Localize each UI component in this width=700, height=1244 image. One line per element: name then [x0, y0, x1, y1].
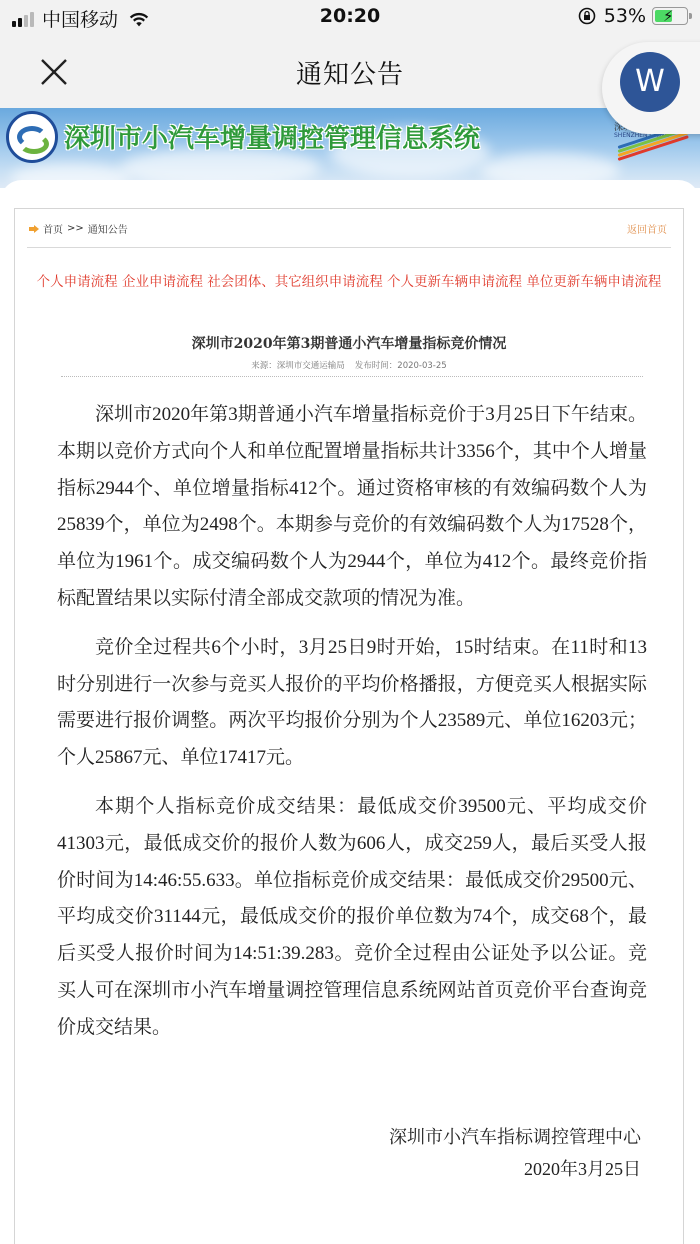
breadcrumb-current[interactable]: 通知公告	[88, 221, 128, 236]
divider	[61, 376, 643, 377]
article-title: 深圳市2020年第3期普通小汽车增量指标竞价情况	[15, 333, 683, 353]
divider	[27, 247, 671, 248]
process-links: 个人申请流程 企业申请流程 社会团体、其它组织申请流程 个人更新车辆申请流程 单…	[19, 271, 679, 293]
battery-percent: 53%	[604, 5, 646, 27]
signature-date: 2020年3月25日	[389, 1153, 641, 1185]
signature: 深圳市小汽车指标调控管理中心 2020年3月25日	[389, 1121, 641, 1185]
back-home-link[interactable]: 返回首页	[627, 221, 667, 236]
link-organization-process[interactable]: 社会团体、其它组织申请流程	[207, 274, 383, 290]
breadcrumb-home[interactable]: 首页	[43, 221, 63, 236]
status-bar: 中国移动 20:20 53% ⚡	[0, 0, 700, 36]
nav-bar: 通知公告 W	[0, 36, 700, 108]
article-publish-date: 发布时间：2020-03-25	[355, 361, 447, 371]
arrow-right-icon	[29, 225, 39, 233]
charging-bolt-icon: ⚡	[663, 7, 674, 25]
status-right: 53% ⚡	[578, 5, 688, 27]
article-paragraph: 竞价全过程共6个小时，3月25日9时开始，15时结束。在11时和13时分别进行一…	[57, 630, 647, 777]
page-title: 通知公告	[0, 54, 700, 91]
link-enterprise-process[interactable]: 企业申请流程	[122, 274, 203, 290]
page-wrap: 首页 >> 通知公告 返回首页 个人申请流程 企业申请流程 社会团体、其它组织申…	[0, 180, 700, 1244]
article-source: 来源：深圳市交通运输局	[251, 361, 345, 371]
signature-org: 深圳市小汽车指标调控管理中心	[389, 1121, 641, 1153]
content-box: 首页 >> 通知公告 返回首页 个人申请流程 企业申请流程 社会团体、其它组织申…	[14, 208, 684, 1244]
breadcrumb-separator: >>	[67, 223, 84, 234]
site-logo-icon	[6, 111, 58, 163]
battery-icon: ⚡	[652, 7, 688, 25]
article-paragraph: 深圳市2020年第3期普通小汽车增量指标竞价于3月25日下午结束。本期以竞价方式…	[57, 397, 647, 618]
site-title: 深圳市小汽车增量调控管理信息系统	[64, 118, 480, 155]
site-banner: 深圳市小汽车增量调控管理信息系统 深圳 SHENZHEN CHINA	[0, 108, 700, 188]
link-personal-process[interactable]: 个人申请流程	[37, 274, 118, 290]
link-unit-renewal-process[interactable]: 单位更新车辆申请流程	[526, 274, 661, 290]
article-meta: 来源：深圳市交通运输局发布时间：2020-03-25	[15, 359, 683, 371]
avatar[interactable]: W	[620, 52, 680, 112]
article-body: 深圳市2020年第3期普通小汽车增量指标竞价于3月25日下午结束。本期以竞价方式…	[57, 397, 647, 1059]
article-paragraph: 本期个人指标竞价成交结果：最低成交价39500元、平均成交价41303元，最低成…	[57, 789, 647, 1047]
breadcrumb: 首页 >> 通知公告	[29, 221, 128, 236]
link-personal-renewal-process[interactable]: 个人更新车辆申请流程	[387, 274, 522, 290]
rotation-lock-icon	[578, 7, 596, 25]
floating-window-button[interactable]: W	[602, 42, 700, 134]
